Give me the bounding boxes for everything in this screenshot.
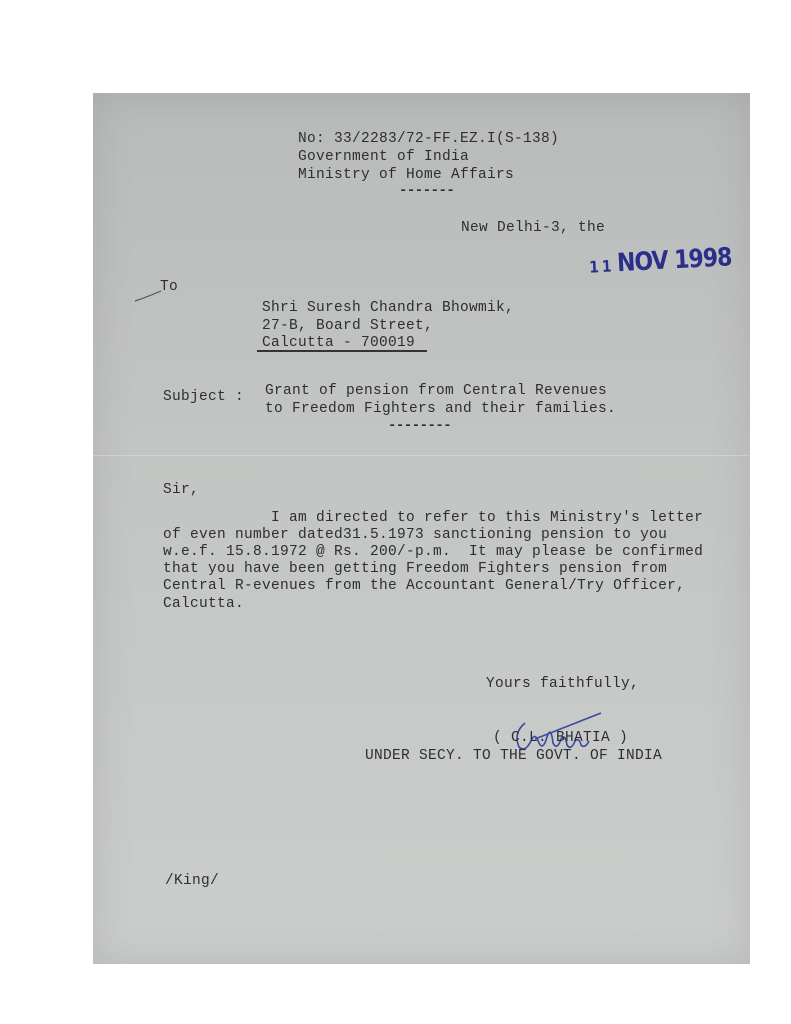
salutation: Sir, [163,482,199,499]
body-line: w.e.f. 15.8.1972 @ Rs. 200/-p.m. It may … [163,544,703,561]
issuer-government: Government of India [298,149,469,166]
signatory-title: UNDER SECY. TO THE GOVT. OF INDIA [365,748,662,765]
addressee-street: 27-B, Board Street, [262,318,433,335]
subject-line-2: to Freedom Fighters and their families. [265,401,616,418]
closing: Yours faithfully, [486,676,639,693]
to-label: To [160,279,178,296]
body-line: Central R-evenues from the Accountant Ge… [163,578,685,595]
pen-mark-icon [133,289,163,303]
issuer-ministry: Ministry of Home Affairs [298,167,514,184]
header-separator: ------- [399,183,454,199]
subject-separator: -------- [388,418,451,434]
date-stamp-day: 1 1 [589,258,611,277]
date-stamp: 1 1 NOV 1998 [588,243,732,279]
paper-fold-crease [93,455,750,456]
body-line: Calcutta. [163,596,244,613]
typist-initials: /King/ [165,873,219,890]
signatory-name: ( C.L. BHATIA ) [493,730,628,747]
body-line: I am directed to refer to this Ministry'… [163,510,703,527]
body-line: that you have been getting Freedom Fight… [163,561,667,578]
addressee-name: Shri Suresh Chandra Bhowmik, [262,300,514,317]
address-underline [257,350,427,352]
place-line: New Delhi-3, the [461,220,605,237]
body-line: of even number dated31.5.1973 sanctionin… [163,527,667,544]
date-stamp-month-year: NOV 1998 [616,243,732,278]
subject-line-1: Grant of pension from Central Revenues [265,383,607,400]
reference-number: No: 33/2283/72-FF.EZ.I(S-138) [298,131,559,148]
letter-page: No: 33/2283/72-FF.EZ.I(S-138) Government… [93,93,750,964]
subject-label: Subject : [163,389,244,406]
